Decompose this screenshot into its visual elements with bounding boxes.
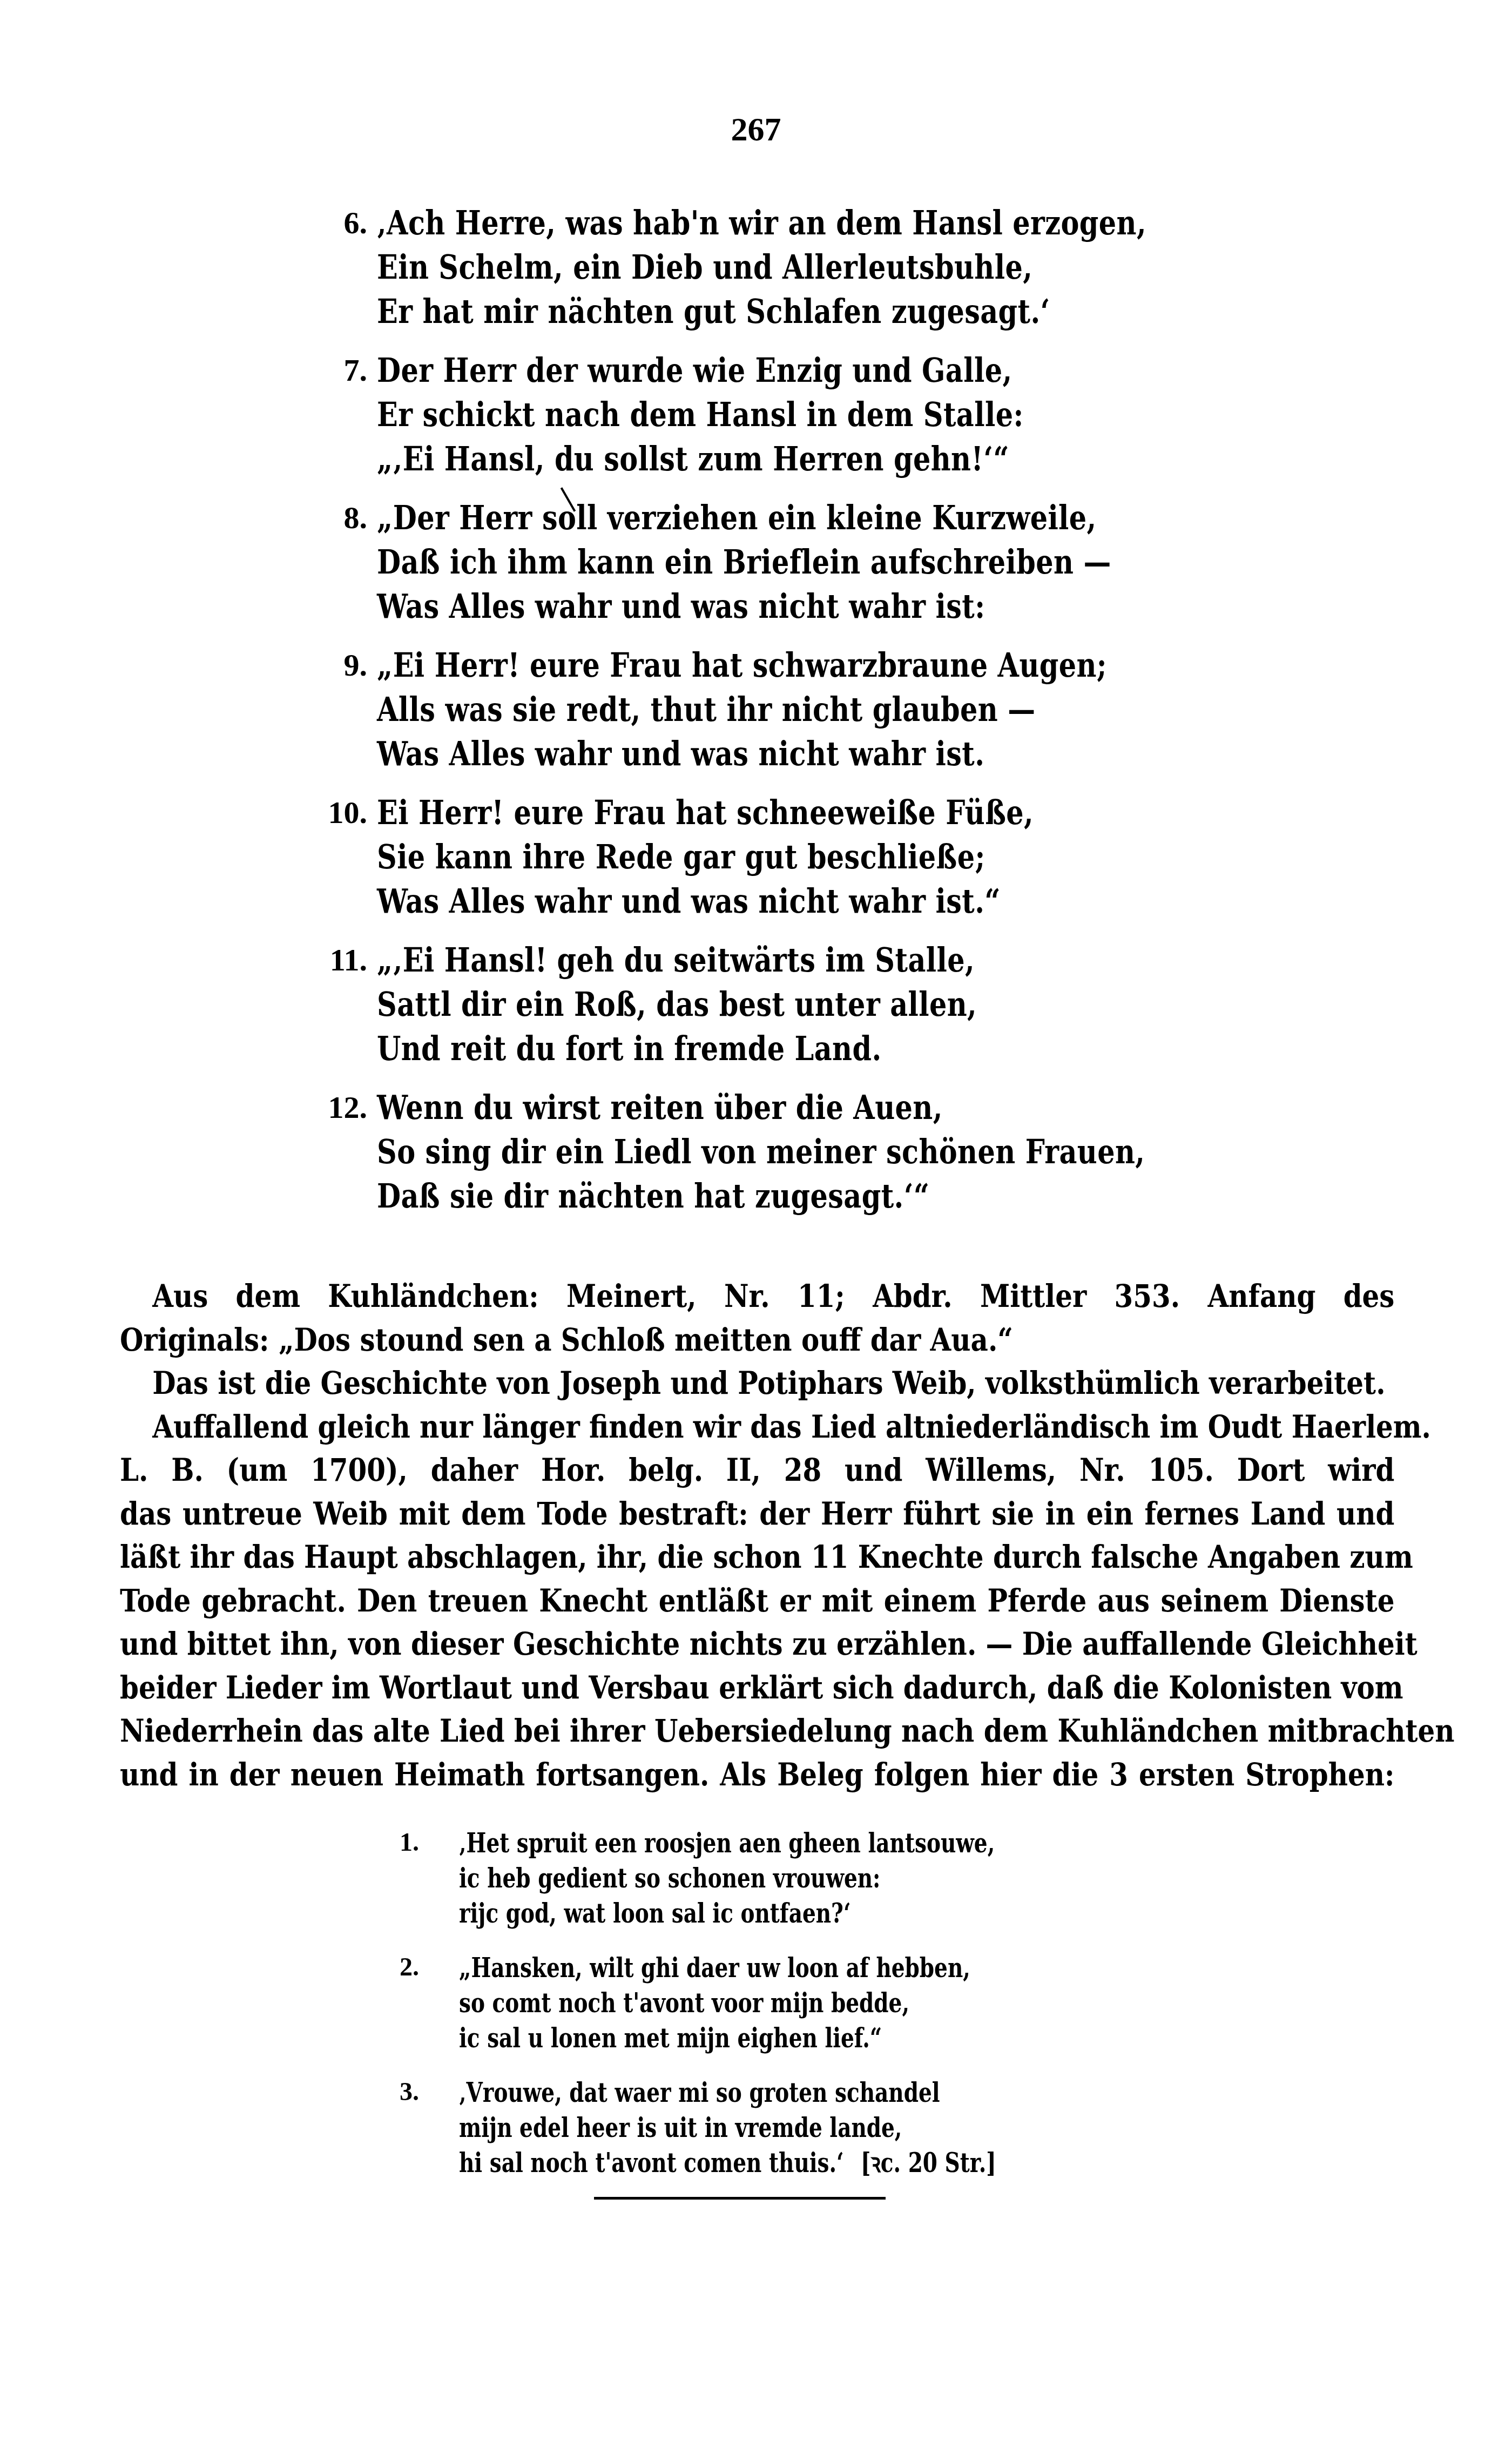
stanza-count-note: [ꝛc. 20 Str.] — [861, 2147, 996, 2179]
verse-line: „Ei Herr! eure Frau hat schwarzbraune Au… — [377, 643, 1113, 687]
verse-line: Ein Schelm, ein Dieb und Allerleutsbuhle… — [377, 245, 1113, 289]
stanza-number: 6. — [302, 201, 367, 245]
verse-line: hi sal noch t'avont comen thuis.‘[ꝛc. 20… — [459, 2145, 1086, 2180]
verse-line: Was Alles wahr und was nicht wahr ist. — [377, 732, 1113, 776]
stanza-9: 9. „Ei Herr! eure Frau hat schwarzbraune… — [302, 643, 1274, 776]
stanza-8: 8. „Der Herr soll verziehen ein kleine K… — [302, 496, 1274, 629]
commentary-paragraph-joseph: Das ist die Geschichte von Joseph und Po… — [120, 1361, 1394, 1405]
verse-line: „Der Herr soll verziehen ein kleine Kurz… — [377, 496, 1113, 540]
verse-line: Ei Herr! eure Frau hat schneeweiße Füße, — [377, 791, 1113, 835]
verse-line: ic heb gedient so schonen vrouwen: — [459, 1860, 1086, 1896]
prose-line: und in der neuen Heimath fortsangen. Als… — [120, 1753, 1394, 1797]
verse-line: „Hansken, wilt ghi daer uw loon af hebbe… — [459, 1950, 1086, 1985]
stanza-10: 10. Ei Herr! eure Frau hat schneeweiße F… — [302, 791, 1274, 923]
verse-line: Er schickt nach dem Hansl in dem Stalle: — [377, 393, 1113, 437]
verse-line: mijn edel heer is uit in vremde lande, — [459, 2110, 1086, 2145]
stanza-number: 11. — [281, 938, 367, 982]
commentary-paragraph-comparison: Auffallend gleich nur länger finden wir … — [120, 1405, 1394, 1797]
stanza-number: 2. — [400, 1950, 432, 1985]
stanza-number: 1. — [400, 1825, 432, 1860]
verse-line: Alls was sie redt, thut ihr nicht glaube… — [377, 687, 1113, 732]
stanza-number: 8. — [302, 496, 367, 540]
stanza-number: 3. — [400, 2075, 432, 2109]
verse-line: Sattl dir ein Roß, das best unter allen, — [377, 982, 1113, 1027]
verse-line: Was Alles wahr und was nicht wahr ist: — [377, 584, 1113, 629]
stanza-number: 7. — [302, 348, 367, 393]
stanza-11: 11. „‚Ei Hansl! geh du seitwärts im Stal… — [302, 938, 1274, 1071]
verse-line: ‚Het spruit een roosjen aen gheen lantso… — [459, 1825, 1086, 1860]
section-separator-rule — [594, 2197, 886, 2200]
prose-line: und bittet ihn, von dieser Geschichte ni… — [120, 1622, 1394, 1666]
verse-line: Daß ich ihm kann ein Brieflein aufschrei… — [377, 540, 1113, 584]
verse-line: ic sal u lonen met mijn eighen lief.“ — [459, 2020, 1086, 2055]
commentary-paragraph-source: Aus dem Kuhländchen: Meinert, Nr. 11; Ab… — [120, 1274, 1394, 1361]
verse-line: Er hat mir nächten gut Schlafen zugesagt… — [377, 289, 1113, 334]
prose-line: Das ist die Geschichte von Joseph und Po… — [120, 1361, 1394, 1405]
verse-line: Und reit du fort in fremde Land. — [377, 1027, 1113, 1071]
verse-line: ‚Ach Herre, was hab'n wir an dem Hansl e… — [377, 201, 1113, 245]
verse-line: so comt noch t'avont voor mijn bedde, — [459, 1985, 1086, 2020]
prose-line: Originals: „Dos stound sen a Schloß meit… — [120, 1318, 1394, 1362]
stanza-12: 12. Wenn du wirst reiten über die Auen, … — [302, 1085, 1274, 1218]
stanza-number: 12. — [281, 1085, 367, 1130]
verse-text: hi sal noch t'avont comen thuis.‘ — [459, 2147, 844, 2179]
verse-line: ‚Vrouwe, dat waer mi so groten schandel — [459, 2075, 1086, 2110]
verse-line: Was Alles wahr und was nicht wahr ist.“ — [377, 879, 1113, 923]
page-number: 267 — [0, 111, 1512, 149]
prose-line: Auffallend gleich nur länger finden wir … — [120, 1405, 1394, 1449]
dutch-stanza-2: 2. „Hansken, wilt ghi daer uw loon af he… — [400, 1950, 1264, 2055]
stanza-6: 6. ‚Ach Herre, was hab'n wir an dem Hans… — [302, 201, 1274, 334]
dutch-excerpt: 1. ‚Het spruit een roosjen aen gheen lan… — [400, 1825, 1264, 2200]
prose-line: Aus dem Kuhländchen: Meinert, Nr. 11; Ab… — [120, 1274, 1394, 1318]
prose-line: Tode gebracht. Den treuen Knecht entläßt… — [120, 1579, 1394, 1623]
commentary: Aus dem Kuhländchen: Meinert, Nr. 11; Ab… — [120, 1274, 1394, 1796]
poem: 6. ‚Ach Herre, was hab'n wir an dem Hans… — [302, 201, 1274, 1233]
dutch-stanza-3: 3. ‚Vrouwe, dat waer mi so groten schand… — [400, 2075, 1264, 2180]
verse-line: Daß sie dir nächten hat zugesagt.‘“ — [377, 1174, 1113, 1218]
prose-line: läßt ihr das Haupt abschlagen, ihr, die … — [120, 1535, 1394, 1579]
prose-line: das untreue Weib mit dem Tode bestraft: … — [120, 1492, 1394, 1536]
verse-line: Sie kann ihre Rede gar gut beschließe; — [377, 835, 1113, 879]
verse-line: Der Herr der wurde wie Enzig und Galle, — [377, 348, 1113, 393]
verse-line: So sing dir ein Liedl von meiner schönen… — [377, 1130, 1113, 1174]
stanza-7: 7. Der Herr der wurde wie Enzig und Gall… — [302, 348, 1274, 481]
prose-line: L. B. (um 1700), daher Hor. belg. II, 28… — [120, 1448, 1394, 1492]
stanza-number: 10. — [281, 791, 367, 835]
stanza-number: 9. — [302, 643, 367, 687]
prose-line: Niederrhein das alte Lied bei ihrer Uebe… — [120, 1709, 1394, 1753]
verse-line: Wenn du wirst reiten über die Auen, — [377, 1085, 1113, 1130]
verse-line: rijc god, wat loon sal ic ontfaen?‘ — [459, 1896, 1086, 1931]
prose-line: beider Lieder im Wortlaut und Versbau er… — [120, 1666, 1394, 1710]
dutch-stanza-1: 1. ‚Het spruit een roosjen aen gheen lan… — [400, 1825, 1264, 1931]
verse-line: „‚Ei Hansl, du sollst zum Herren gehn!‘“ — [377, 437, 1113, 481]
verse-line: „‚Ei Hansl! geh du seitwärts im Stalle, — [377, 938, 1113, 982]
